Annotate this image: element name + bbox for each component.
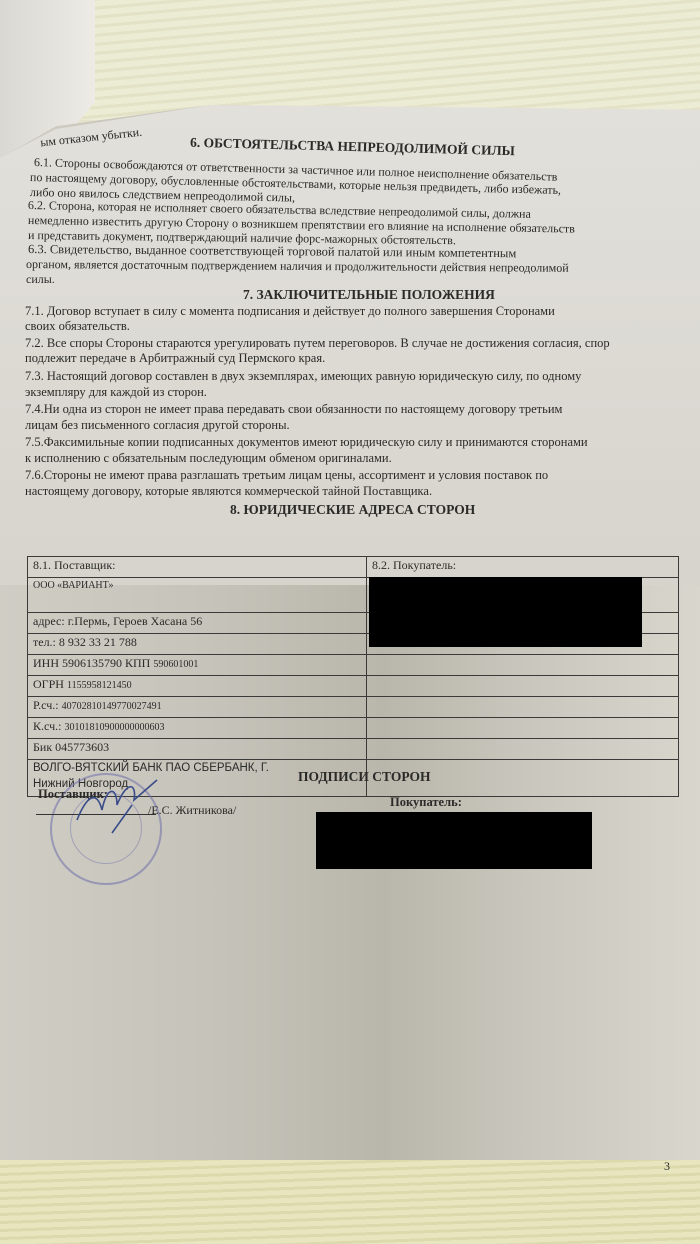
supplier-company: ООО «ВАРИАНТ» [28, 578, 367, 613]
section-8-title: 8. ЮРИДИЧЕСКИЕ АДРЕСА СТОРОН [230, 502, 475, 518]
supplier-bik: Бик 045773603 [28, 739, 367, 760]
supplier-inn-kpp: ИНН 5906135790 КПП 590601001 [28, 655, 367, 676]
section-6-line: силы. [26, 272, 55, 286]
supplier-address: адрес: г.Пермь, Героев Хасана 56 [28, 613, 367, 634]
section-7-line: 7.2. Все споры Стороны стараются урегули… [25, 336, 610, 350]
section-7-line: 7.6.Стороны не имеют права разглашать тр… [25, 468, 548, 482]
buyer-cell [367, 718, 679, 739]
ks-value: 30101810900000000603 [64, 722, 164, 733]
buyer-header: 8.2. Покупатель: [367, 557, 679, 578]
buyer-cell [367, 697, 679, 718]
buyer-cell [367, 655, 679, 676]
buyer-signature-label: Покупатель: [390, 795, 462, 810]
background-cloth-top [0, 0, 700, 120]
background-cloth-bottom [0, 1160, 700, 1244]
buyer-details-redaction [369, 577, 642, 647]
buyer-signature-redaction [316, 812, 592, 869]
buyer-cell [367, 676, 679, 697]
section-7-line: 7.4.Ни одна из сторон не имеет права пер… [25, 402, 562, 416]
supplier-header: 8.1. Поставщик: [28, 557, 367, 578]
ks-label: К.сч.: [33, 719, 61, 733]
inn-label: ИНН 5906135790 КПП [33, 656, 150, 670]
section-7-line: подлежит передаче в Арбитражный суд Перм… [25, 351, 325, 365]
kpp-value: 590601001 [153, 659, 198, 670]
section-7-line: своих обязательств. [25, 319, 130, 333]
page-number: 3 [664, 1159, 670, 1173]
supplier-rs: Р.сч.: 40702810149770027491 [28, 697, 367, 718]
section-7-line: 7.1. Договор вступает в силу с момента п… [25, 304, 555, 318]
section-7-line: лицам без письменного согласия другой ст… [25, 418, 290, 432]
supplier-ks: К.сч.: 30101810900000000603 [28, 718, 367, 739]
ogrn-value: 1155958121450 [67, 680, 132, 691]
section-7-title: 7. ЗАКЛЮЧИТЕЛЬНЫЕ ПОЛОЖЕНИЯ [243, 287, 495, 303]
supplier-phone: тел.: 8 932 33 21 788 [28, 634, 367, 655]
supplier-ogrn: ОГРН 1155958121450 [28, 676, 367, 697]
signatures-title: ПОДПИСИ СТОРОН [298, 769, 431, 785]
supplier-signatory-name: /Е.С. Житникова/ [148, 803, 236, 817]
section-7-line: экземпляру для каждой из сторон. [25, 385, 207, 399]
buyer-cell [367, 739, 679, 760]
rs-label: Р.сч.: [33, 698, 59, 712]
section-7-line: к исполнению с обязательным последующим … [25, 451, 392, 465]
rs-value: 40702810149770027491 [62, 701, 162, 712]
section-7-line: 7.5.Факсимильные копии подписанных докум… [25, 435, 588, 449]
section-7-line: настоящему договору, которые являются ко… [25, 484, 432, 498]
section-7-line: 7.3. Настоящий договор составлен в двух … [25, 369, 581, 383]
ogrn-label: ОГРН [33, 677, 64, 691]
